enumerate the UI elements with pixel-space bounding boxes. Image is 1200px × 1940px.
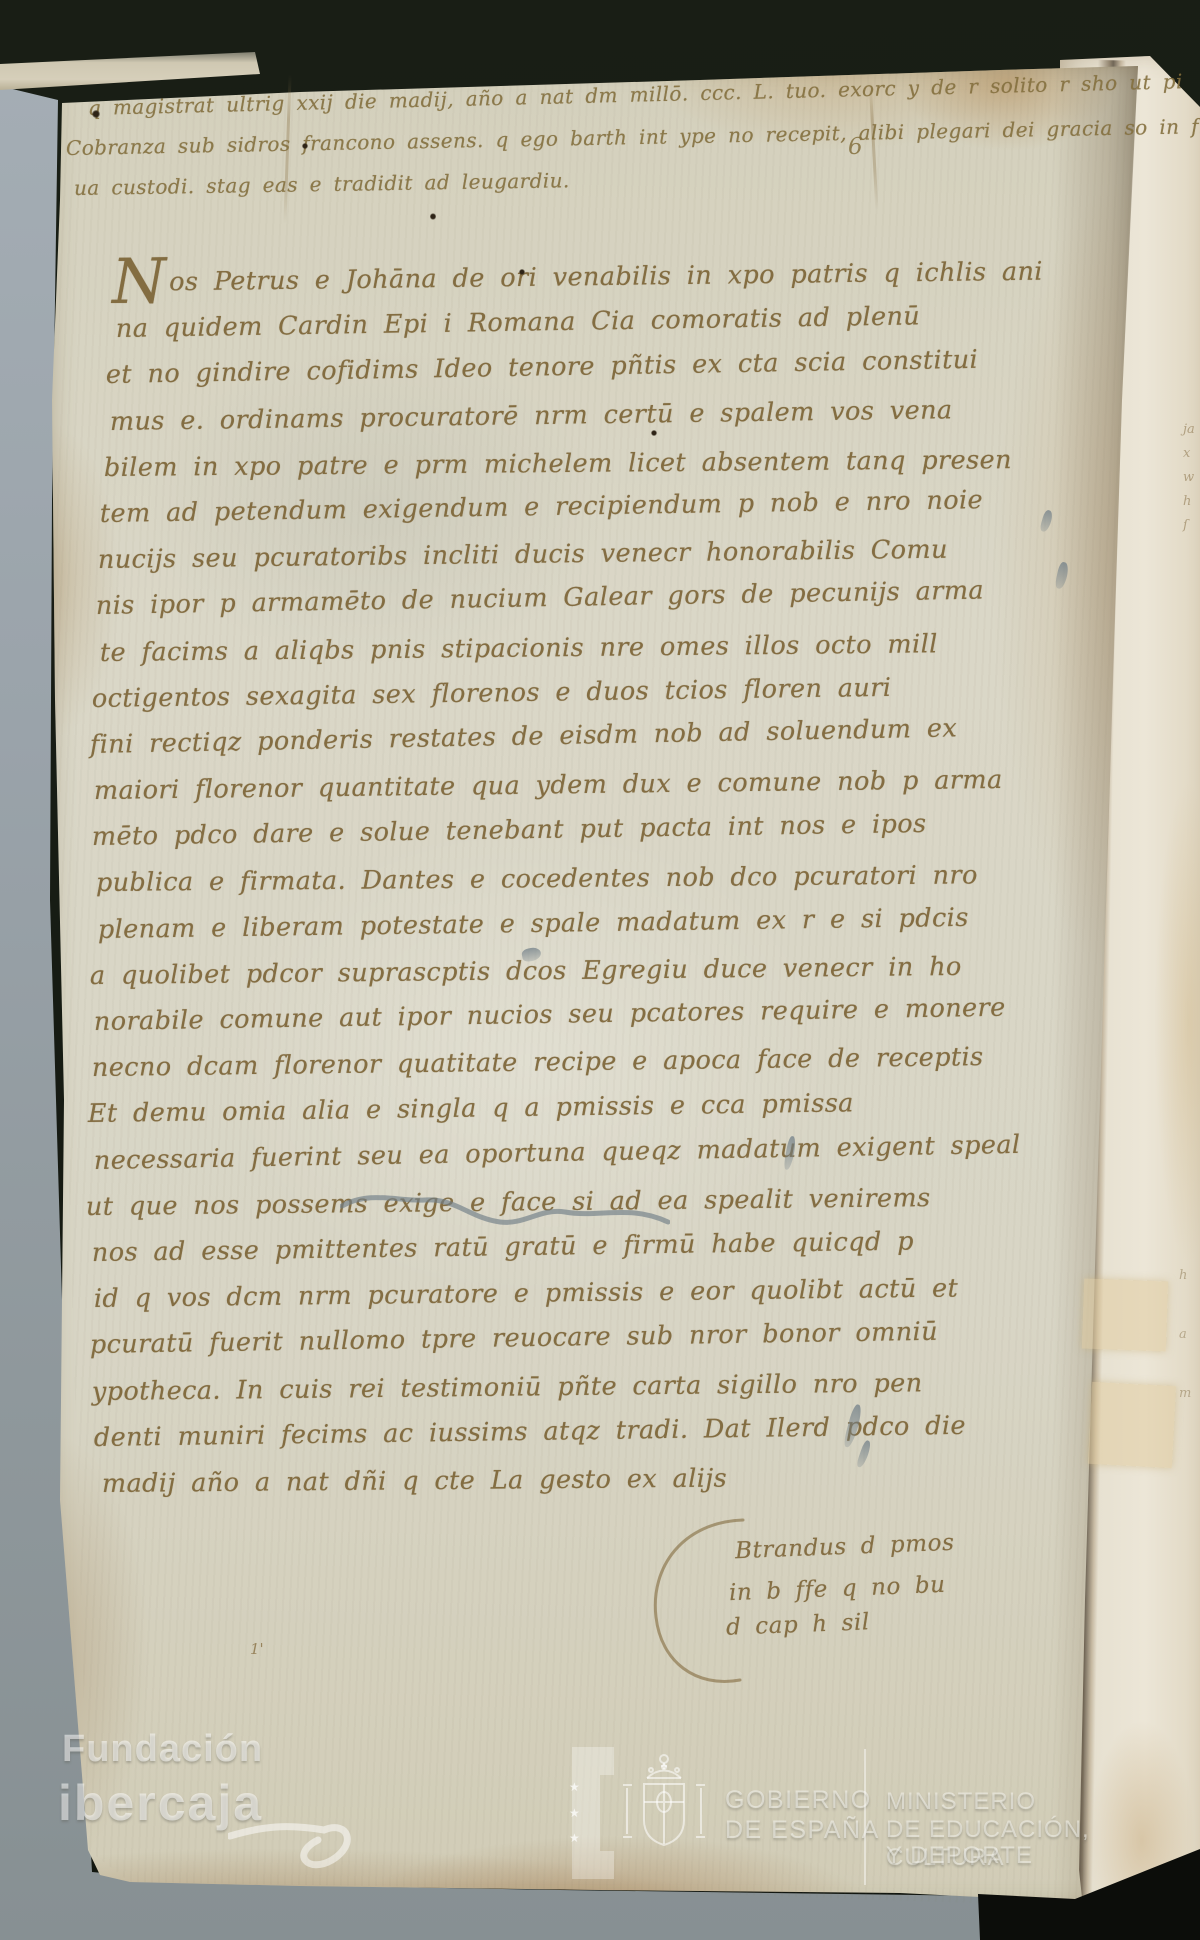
manuscript-line: madij año a nat dñi q cte La gesto ex al… (102, 1460, 1112, 1515)
watermark-gobierno-line2: DE ESPAÑA (725, 1816, 880, 1845)
decorated-initial: N (111, 244, 169, 318)
gray-squiggle-mark (340, 1178, 670, 1248)
adjacent-page-marginalia-upper: jaxwhſ (1183, 422, 1195, 533)
manuscript-body-text: Nos Petrus e Johāna de ori venabilis in … (98, 268, 1112, 1528)
watermark-gobierno-line1: GOBIERNO (725, 1786, 872, 1815)
flag-bar-tab-icon (600, 1747, 614, 1775)
flag-bar-tab-icon (600, 1851, 614, 1879)
ink-blot (430, 213, 436, 220)
star-icon: ★ (569, 1780, 580, 1794)
watermark-ministerio-line1: MINISTERIO (886, 1788, 1036, 1816)
watermark-ministerio-line3: Y DEPORTE (886, 1842, 1033, 1870)
repair-tape-patch (1082, 1279, 1168, 1352)
marginal-glyph: a (1179, 1327, 1191, 1342)
watermark-divider (864, 1749, 866, 1885)
marginal-glyph: h (1179, 1268, 1191, 1283)
marginal-glyph: w (1183, 470, 1195, 485)
header-corner-mark: 6 (848, 134, 863, 160)
ibercaja-swoosh-icon (228, 1796, 358, 1888)
folio-mark: 1' (250, 1640, 264, 1658)
marginal-glyph: x (1183, 446, 1195, 461)
marginal-glyph: ſ (1183, 518, 1195, 533)
ink-blot (651, 430, 657, 436)
spain-coat-of-arms-icon (614, 1752, 714, 1874)
underlying-page-edge (0, 50, 262, 92)
ink-blot (92, 110, 100, 118)
marginal-glyph: h (1183, 494, 1195, 509)
repair-tape-patch (1088, 1382, 1176, 1468)
manuscript-photo: { "document": { "kind": "medieval manusc… (0, 0, 1200, 1940)
watermark-fundacion: Fundación (62, 1728, 263, 1771)
signature-line-3: d cap h sil (726, 1609, 871, 1641)
star-icon: ★ (569, 1806, 580, 1820)
star-icon: ★ (569, 1831, 580, 1845)
marginal-glyph: ja (1183, 422, 1195, 437)
marginal-glyph: m (1179, 1386, 1191, 1401)
adjacent-page-marginalia-lower: ham (1179, 1268, 1191, 1401)
ink-blot (302, 143, 308, 149)
ink-blot (519, 269, 525, 275)
